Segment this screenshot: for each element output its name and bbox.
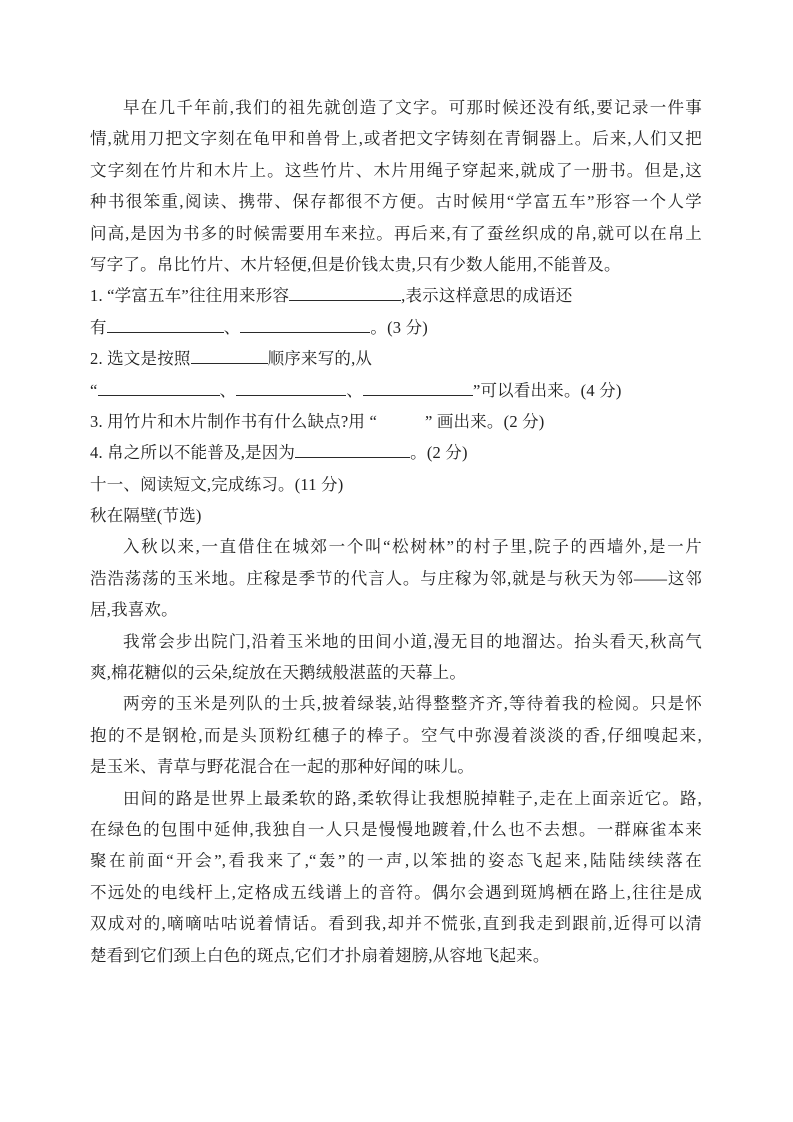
p1-line-2: 浩浩荡荡的玉米地。庄稼是季节的代言人。与庄稼为邻,就是与秋天为邻——这邻 <box>90 563 702 594</box>
text-run: 2. 选文是按照 <box>90 349 191 368</box>
text-run: 、 <box>346 381 363 400</box>
text-run: 浩浩荡荡的玉米地。庄稼是季节的代言人。与庄稼为邻,就是与秋天为邻——这邻 <box>90 569 702 588</box>
text-run: 3. 用竹片和木片制作书有什么缺点?用 “ <box>90 412 377 431</box>
text-run: 种书很笨重,阅读、携带、保存都很不方便。古时候用“学富五车”形容一个人学 <box>90 192 702 211</box>
quote-gap <box>377 410 425 427</box>
text-run: ,表示这样意思的成语还 <box>401 286 572 305</box>
text-run: 文字刻在竹片和木片上。这些竹片、木片用绳子穿起来,就成了一册书。但是,这 <box>90 161 702 180</box>
intro-line-6: 写字了。帛比竹片、木片轻便,但是价钱太贵,只有少数人能用,不能普及。 <box>90 249 702 280</box>
question-2-line-2: “、、”可以看出来。(4 分) <box>90 375 702 406</box>
text-run: 是玉米、青草与野花混合在一起的那种好闻的味儿。 <box>90 757 474 776</box>
answer-blank <box>289 284 401 302</box>
text-run: 十一、阅读短文,完成练习。(11 分) <box>90 475 343 494</box>
answer-blank <box>363 378 473 396</box>
p4-line-6: 楚看到它们颈上白色的斑点,它们才扑扇着翅膀,从容地飞起来。 <box>90 940 702 971</box>
p3-line-3: 是玉米、青草与野花混合在一起的那种好闻的味儿。 <box>90 751 702 782</box>
passage-title: 秋在隔壁(节选) <box>90 500 702 531</box>
section-11-header: 十一、阅读短文,完成练习。(11 分) <box>90 469 702 500</box>
text-run: 抱的不是钢枪,而是头顶粉红穗子的棒子。空气中弥漫着淡淡的香,仔细嗅起来, <box>90 726 702 745</box>
text-run: 入秋以来,一直借住在城郊一个叫“松树林”的村子里,院子的西墙外,是一片 <box>123 537 702 556</box>
answer-blank <box>236 378 346 396</box>
text-run: ” 画出来。(2 分) <box>425 412 545 431</box>
question-1-line-2: 有、。(3 分) <box>90 312 702 343</box>
text-run: 有 <box>90 318 107 337</box>
p2-line-2: 爽,棉花糖似的云朵,绽放在天鹅绒般湛蓝的天幕上。 <box>90 657 702 688</box>
intro-line-3: 文字刻在竹片和木片上。这些竹片、木片用绳子穿起来,就成了一册书。但是,这 <box>90 155 702 186</box>
text-run: 顺序来写的,从 <box>268 349 373 368</box>
p4-line-2: 在绿色的包围中延伸,我独自一人只是慢慢地踱着,什么也不去想。一群麻雀本来 <box>90 814 702 845</box>
question-3-line: 3. 用竹片和木片制作书有什么缺点?用 “” 画出来。(2 分) <box>90 406 702 437</box>
answer-blank <box>191 347 268 365</box>
text-run: 我常会步出院门,沿着玉米地的田间小道,漫无目的地溜达。抬头看天,秋高气 <box>123 632 702 651</box>
text-run: 聚在前面“开会”,看我来了,“轰”的一声,以笨拙的姿态飞起来,陆陆续续落在 <box>90 851 702 870</box>
text-run: 秋在隔壁(节选) <box>90 506 202 525</box>
text-run: 田间的路是世界上最柔软的路,柔软得让我想脱掉鞋子,走在上面亲近它。路, <box>123 789 702 808</box>
intro-line-1: 早在几千年前,我们的祖先就创造了文字。可那时候还没有纸,要记录一件事 <box>90 92 702 123</box>
exam-page: { "page": { "background": "#ffffff", "te… <box>0 0 793 1122</box>
text-run: 、 <box>224 318 241 337</box>
text-run: “ <box>90 381 98 400</box>
p4-line-1: 田间的路是世界上最柔软的路,柔软得让我想脱掉鞋子,走在上面亲近它。路, <box>90 783 702 814</box>
p1-line-3: 居,我喜欢。 <box>90 594 702 625</box>
intro-line-4: 种书很笨重,阅读、携带、保存都很不方便。古时候用“学富五车”形容一个人学 <box>90 186 702 217</box>
document-body: 早在几千年前,我们的祖先就创造了文字。可那时候还没有纸,要记录一件事情,就用刀把… <box>90 92 702 971</box>
intro-line-5: 问高,是因为书多的时候需要用车来拉。再后来,有了蚕丝织成的帛,就可以在帛上 <box>90 218 702 249</box>
text-run: 双成对的,嘀嘀咕咕说着情话。看到我,却并不慌张,直到我走到跟前,近得可以清 <box>90 914 702 933</box>
p1-line-1: 入秋以来,一直借住在城郊一个叫“松树林”的村子里,院子的西墙外,是一片 <box>90 531 702 562</box>
answer-blank <box>295 441 410 459</box>
text-run: 4. 帛之所以不能普及,是因为 <box>90 443 295 462</box>
p4-line-3: 聚在前面“开会”,看我来了,“轰”的一声,以笨拙的姿态飞起来,陆陆续续落在 <box>90 845 702 876</box>
answer-blank <box>240 315 370 333</box>
text-run: 。(2 分) <box>410 443 468 462</box>
question-2-line-1: 2. 选文是按照顺序来写的,从 <box>90 343 702 374</box>
text-run: 、 <box>220 381 237 400</box>
answer-blank <box>107 315 224 333</box>
answer-blank <box>98 378 220 396</box>
intro-line-2: 情,就用刀把文字刻在龟甲和兽骨上,或者把文字铸刻在青铜器上。后来,人们又把 <box>90 123 702 154</box>
text-run: 情,就用刀把文字刻在龟甲和兽骨上,或者把文字铸刻在青铜器上。后来,人们又把 <box>90 129 702 148</box>
text-run: 爽,棉花糖似的云朵,绽放在天鹅绒般湛蓝的天幕上。 <box>90 663 466 682</box>
text-run: 1. “学富五车”往往用来形容 <box>90 286 289 305</box>
question-4-line: 4. 帛之所以不能普及,是因为。(2 分) <box>90 437 702 468</box>
text-run: 两旁的玉米是列队的士兵,披着绿装,站得整整齐齐,等待着我的检阅。只是怀 <box>123 694 702 713</box>
p3-line-1: 两旁的玉米是列队的士兵,披着绿装,站得整整齐齐,等待着我的检阅。只是怀 <box>90 688 702 719</box>
text-run: 不远处的电线杆上,定格成五线谱上的音符。偶尔会遇到斑鸠栖在路上,往往是成 <box>90 883 702 902</box>
p4-line-5: 双成对的,嘀嘀咕咕说着情话。看到我,却并不慌张,直到我走到跟前,近得可以清 <box>90 908 702 939</box>
text-run: 楚看到它们颈上白色的斑点,它们才扑扇着翅膀,从容地飞起来。 <box>90 946 550 965</box>
p2-line-1: 我常会步出院门,沿着玉米地的田间小道,漫无目的地溜达。抬头看天,秋高气 <box>90 626 702 657</box>
text-run: ”可以看出来。(4 分) <box>473 381 622 400</box>
p3-line-2: 抱的不是钢枪,而是头顶粉红穗子的棒子。空气中弥漫着淡淡的香,仔细嗅起来, <box>90 720 702 751</box>
text-run: 居,我喜欢。 <box>90 600 178 619</box>
question-1-line-1: 1. “学富五车”往往用来形容,表示这样意思的成语还 <box>90 280 702 311</box>
text-run: 在绿色的包围中延伸,我独自一人只是慢慢地踱着,什么也不去想。一群麻雀本来 <box>90 820 702 839</box>
text-run: 早在几千年前,我们的祖先就创造了文字。可那时候还没有纸,要记录一件事 <box>123 98 702 117</box>
p4-line-4: 不远处的电线杆上,定格成五线谱上的音符。偶尔会遇到斑鸠栖在路上,往往是成 <box>90 877 702 908</box>
text-run: 问高,是因为书多的时候需要用车来拉。再后来,有了蚕丝织成的帛,就可以在帛上 <box>90 224 702 243</box>
text-run: 。(3 分) <box>370 318 428 337</box>
text-run: 写字了。帛比竹片、木片轻便,但是价钱太贵,只有少数人能用,不能普及。 <box>90 255 621 274</box>
